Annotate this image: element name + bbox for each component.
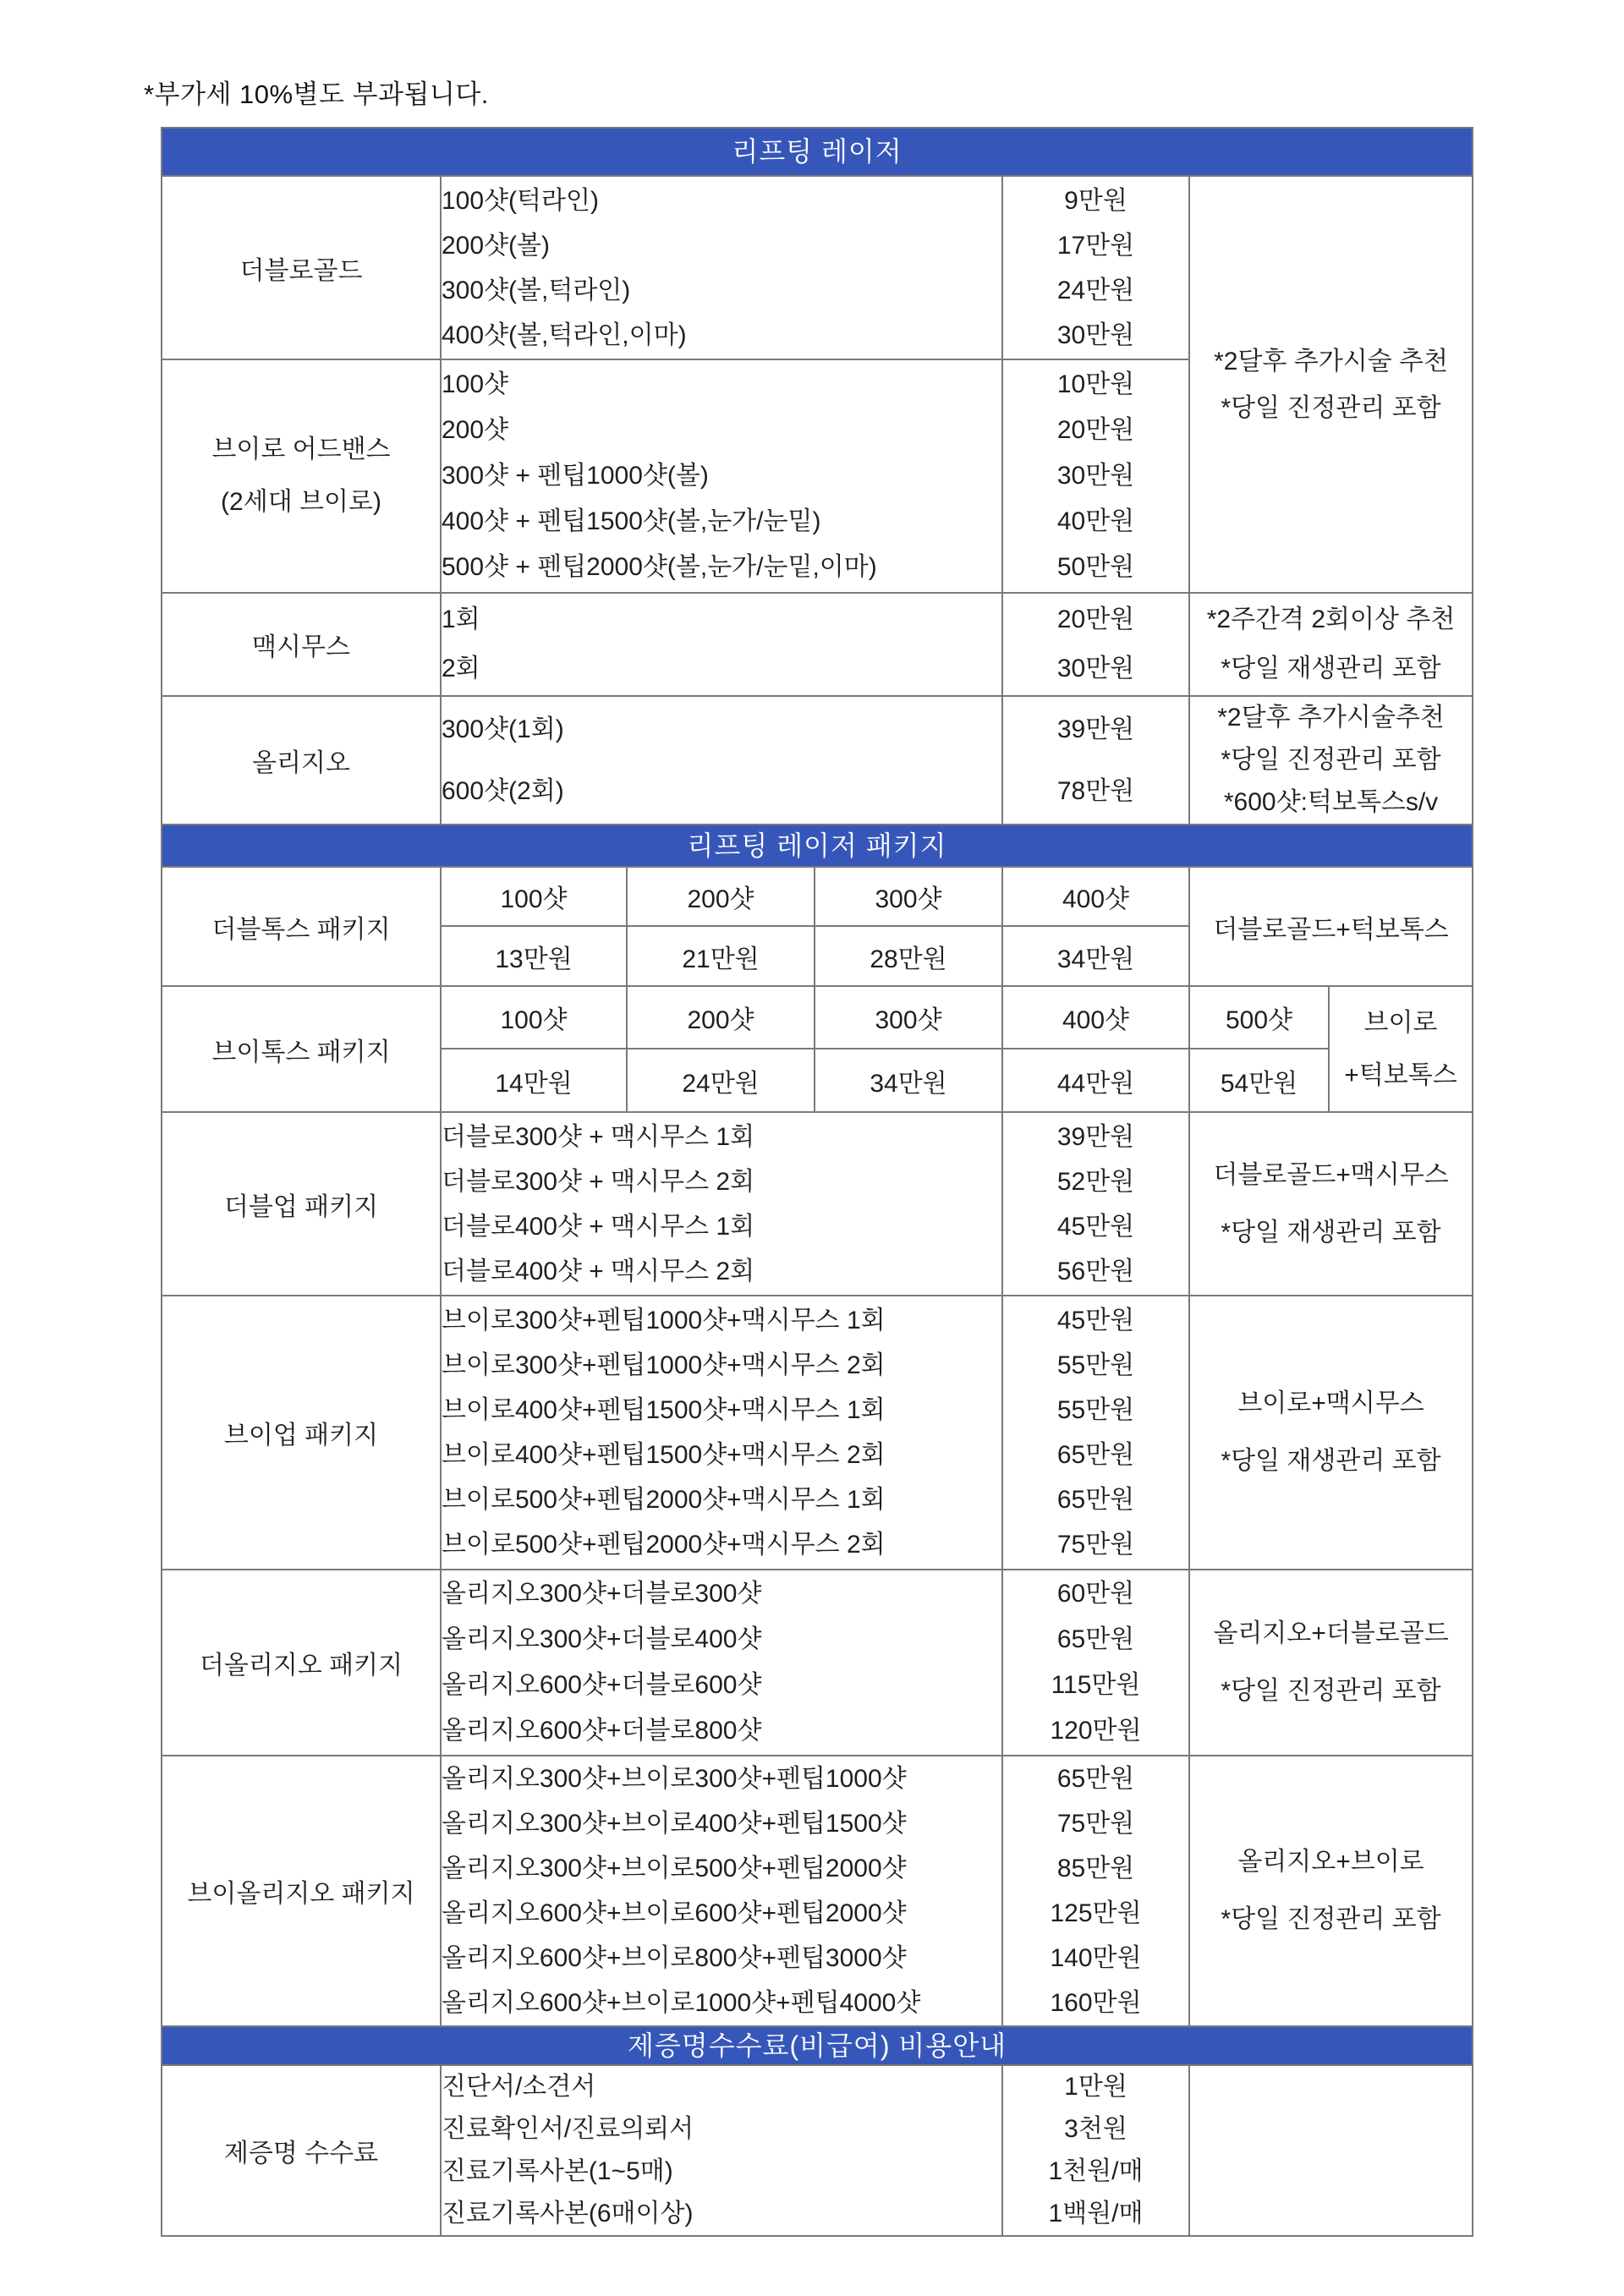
- price-value: 20만원: [1003, 408, 1188, 453]
- row-label-vup-package: 브이업 패키지: [162, 1296, 441, 1570]
- note-cell: 올리지오+더블로골드 *당일 진정관리 포함: [1189, 1570, 1473, 1756]
- shot-price: 44만원: [1002, 1049, 1189, 1112]
- note-cell: 브이로 +턱보톡스: [1329, 986, 1473, 1112]
- price-value: 1만원: [1003, 2066, 1188, 2108]
- section-header-certificate-fees: 제증명수수료(비급여) 비용안내: [162, 2026, 1473, 2065]
- price-value: 3천원: [1003, 2108, 1188, 2151]
- treatment-name: 300샷 + 펜팁1000샷(볼): [442, 453, 1001, 499]
- price-value: 30만원: [1003, 644, 1188, 693]
- price-value: 125만원: [1003, 1891, 1188, 1936]
- treatment-name: 브이로400샷+펜팁1500샷+맥시무스 2회: [442, 1433, 1001, 1477]
- note-line: 브이로+맥시무스: [1190, 1375, 1472, 1433]
- price-value: 115만원: [1003, 1663, 1188, 1708]
- treatments-cell: 올리지오300샷+브이로300샷+펜팁1000샷 올리지오300샷+브이로400…: [441, 1756, 1002, 2026]
- price-value: 140만원: [1003, 1936, 1188, 1981]
- treatments-cell: 올리지오300샷+더블로300샷 올리지오300샷+더블로400샷 올리지오60…: [441, 1570, 1002, 1756]
- note-line: *당일 재생관리 포함: [1190, 1433, 1472, 1490]
- row-label-doubleup-package: 더블업 패키지: [162, 1112, 441, 1296]
- price-value: 55만원: [1003, 1343, 1188, 1388]
- treatments-cell: 1회 2회: [441, 593, 1002, 696]
- row-label-doublo-gold: 더블로골드: [162, 176, 441, 359]
- shot-count: 300샷: [815, 867, 1002, 926]
- prices-cell: 1만원 3천원 1천원/매 1백원/매: [1002, 2065, 1189, 2236]
- price-value: 1백원/매: [1003, 2193, 1188, 2235]
- row-label-olligio: 올리지오: [162, 696, 441, 825]
- note-line: *당일 진정관리 포함: [1190, 1891, 1472, 1948]
- treatment-name: 200샷: [442, 408, 1001, 453]
- prices-cell: 39만원 78만원: [1002, 696, 1189, 825]
- note-line: *600샷:턱보톡스s/v: [1190, 781, 1472, 824]
- price-value: 78만원: [1003, 760, 1188, 822]
- treatment-name: 올리지오300샷+더블로400샷: [442, 1617, 1001, 1663]
- treatment-name: 브이로400샷+펜팁1500샷+맥시무스 1회: [442, 1388, 1001, 1433]
- treatment-name: 브이로500샷+펜팁2000샷+맥시무스 1회: [442, 1477, 1001, 1522]
- price-value: 52만원: [1003, 1159, 1188, 1204]
- treatments-cell: 100샷(턱라인) 200샷(볼) 300샷(볼,턱라인) 400샷(볼,턱라인…: [441, 176, 1002, 359]
- price-value: 65만원: [1003, 1433, 1188, 1477]
- section-header-lifting-laser-package: 리프팅 레이저 패키지: [162, 825, 1473, 867]
- price-value: 50만원: [1003, 545, 1188, 590]
- prices-cell: 45만원 55만원 55만원 65만원 65만원 75만원: [1002, 1296, 1189, 1570]
- shot-price: 13만원: [441, 926, 627, 986]
- treatments-cell: 300샷(1회) 600샷(2회): [441, 696, 1002, 825]
- price-value: 20만원: [1003, 595, 1188, 644]
- note-cell: *2주간격 2회이상 추천 *당일 재생관리 포함: [1189, 593, 1473, 696]
- shot-price: 34만원: [1002, 926, 1189, 986]
- price-value: 65만원: [1003, 1617, 1188, 1663]
- row-label-maximus: 맥시무스: [162, 593, 441, 696]
- prices-cell: 39만원 52만원 45만원 56만원: [1002, 1112, 1189, 1296]
- price-value: 55만원: [1003, 1388, 1188, 1433]
- shot-price: 34만원: [815, 1049, 1002, 1112]
- note-line: *당일 재생관리 포함: [1190, 1204, 1472, 1262]
- price-value: 65만원: [1003, 1477, 1188, 1522]
- note-line: 브이로: [1330, 997, 1472, 1049]
- vat-note: *부가세 10%별도 부과됩니다.: [144, 73, 489, 111]
- shot-price: 28만원: [815, 926, 1002, 986]
- price-value: 39만원: [1003, 1115, 1188, 1159]
- price-value: 39만원: [1003, 699, 1188, 760]
- row-label-line: 브이로 어드밴스: [162, 424, 440, 476]
- shot-count: 400샷: [1002, 986, 1189, 1049]
- price-value: 17만원: [1003, 223, 1188, 268]
- prices-cell: 65만원 75만원 85만원 125만원 140만원 160만원: [1002, 1756, 1189, 2026]
- certificate-name: 진료확인서/진료의뢰서: [442, 2108, 1001, 2151]
- note-cell: 브이로+맥시무스 *당일 재생관리 포함: [1189, 1296, 1473, 1570]
- price-sheet-page: *부가세 10%별도 부과됩니다. 리프팅 레이저 더블로골드 100샷(턱라인…: [0, 0, 1624, 2296]
- certificate-name: 진료기록사본(1~5매): [442, 2151, 1001, 2193]
- treatment-name: 1회: [442, 595, 1001, 644]
- certificate-name: 진료기록사본(6매이상): [442, 2193, 1001, 2235]
- treatment-name: 올리지오600샷+더블로800샷: [442, 1708, 1001, 1754]
- note-line: *당일 진정관리 포함: [1190, 385, 1472, 431]
- treatment-name: 100샷(턱라인): [442, 178, 1001, 223]
- note-line: *당일 재생관리 포함: [1190, 644, 1472, 693]
- treatment-name: 올리지오600샷+더블로600샷: [442, 1663, 1001, 1708]
- price-value: 45만원: [1003, 1204, 1188, 1249]
- shot-price: 24만원: [627, 1049, 815, 1112]
- row-label-theolligio-package: 더올리지오 패키지: [162, 1570, 441, 1756]
- treatment-name: 브이로300샷+펜팁1000샷+맥시무스 1회: [442, 1298, 1001, 1343]
- price-value: 9만원: [1003, 178, 1188, 223]
- treatment-name: 올리지오300샷+더블로300샷: [442, 1571, 1001, 1617]
- treatment-name: 브이로500샷+펜팁2000샷+맥시무스 2회: [442, 1522, 1001, 1567]
- treatment-name: 올리지오600샷+브이로600샷+펜팁2000샷: [442, 1891, 1001, 1936]
- treatment-name: 더블로300샷 + 맥시무스 2회: [442, 1159, 1001, 1204]
- note-line: +턱보톡스: [1330, 1049, 1472, 1102]
- treatments-cell: 브이로300샷+펜팁1000샷+맥시무스 1회 브이로300샷+펜팁1000샷+…: [441, 1296, 1002, 1570]
- note-cell: 더블로골드+턱보톡스: [1189, 867, 1473, 986]
- treatments-cell: 진단서/소견서 진료확인서/진료의뢰서 진료기록사본(1~5매) 진료기록사본(…: [441, 2065, 1002, 2236]
- shot-count: 100샷: [441, 986, 627, 1049]
- treatment-name: 300샷(볼,턱라인): [442, 268, 1001, 313]
- note-cell-empty: [1189, 2065, 1473, 2236]
- note-cell: 올리지오+브이로 *당일 진정관리 포함: [1189, 1756, 1473, 2026]
- shot-price: 14만원: [441, 1049, 627, 1112]
- treatment-name: 500샷 + 펜팁2000샷(볼,눈가/눈밑,이마): [442, 545, 1001, 590]
- price-value: 45만원: [1003, 1298, 1188, 1343]
- prices-cell: 10만원 20만원 30만원 40만원 50만원: [1002, 359, 1189, 593]
- price-value: 60만원: [1003, 1571, 1188, 1617]
- price-value: 40만원: [1003, 499, 1188, 545]
- note-line: 올리지오+더블로골드: [1190, 1605, 1472, 1663]
- price-value: 1천원/매: [1003, 2151, 1188, 2193]
- price-value: 10만원: [1003, 362, 1188, 408]
- treatment-name: 400샷(볼,턱라인,이마): [442, 313, 1001, 358]
- shot-count: 500샷: [1189, 986, 1329, 1049]
- treatment-name: 100샷: [442, 362, 1001, 408]
- note-line: *2달후 추가시술 추천: [1190, 338, 1472, 385]
- price-value: 75만원: [1003, 1801, 1188, 1846]
- row-label-certificate-fees: 제증명 수수료: [162, 2065, 441, 2236]
- note-line: 올리지오+브이로: [1190, 1833, 1472, 1891]
- treatment-name: 더블로400샷 + 맥시무스 2회: [442, 1249, 1001, 1294]
- treatment-name: 2회: [442, 644, 1001, 693]
- treatment-name: 더블로400샷 + 맥시무스 1회: [442, 1204, 1001, 1249]
- shot-price: 21만원: [627, 926, 815, 986]
- treatment-name: 올리지오300샷+브이로500샷+펜팁2000샷: [442, 1846, 1001, 1891]
- prices-cell: 9만원 17만원 24만원 30만원: [1002, 176, 1189, 359]
- treatments-cell: 더블로300샷 + 맥시무스 1회 더블로300샷 + 맥시무스 2회 더블로4…: [441, 1112, 1002, 1296]
- price-value: 65만원: [1003, 1756, 1188, 1801]
- price-value: 24만원: [1003, 268, 1188, 313]
- price-value: 75만원: [1003, 1522, 1188, 1567]
- shot-price: 54만원: [1189, 1049, 1329, 1112]
- shot-count: 300샷: [815, 986, 1002, 1049]
- row-label-line: (2세대 브이로): [162, 476, 440, 529]
- price-value: 30만원: [1003, 313, 1188, 358]
- treatment-name: 300샷(1회): [442, 699, 1001, 760]
- treatment-name: 더블로300샷 + 맥시무스 1회: [442, 1115, 1001, 1159]
- note-line: *당일 진정관리 포함: [1190, 1663, 1472, 1720]
- prices-cell: 60만원 65만원 115만원 120만원: [1002, 1570, 1189, 1756]
- treatment-name: 600샷(2회): [442, 760, 1001, 822]
- certificate-name: 진단서/소견서: [442, 2066, 1001, 2108]
- section-header-lifting-laser: 리프팅 레이저: [162, 128, 1473, 176]
- row-label-vro-advance: 브이로 어드밴스 (2세대 브이로): [162, 359, 441, 593]
- shared-note-cell: *2달후 추가시술 추천 *당일 진정관리 포함: [1189, 176, 1473, 593]
- treatment-name: 200샷(볼): [442, 223, 1001, 268]
- treatment-name: 올리지오600샷+브이로800샷+펜팁3000샷: [442, 1936, 1001, 1981]
- shot-count: 200샷: [627, 867, 815, 926]
- shot-count: 200샷: [627, 986, 815, 1049]
- note-line: 더블로골드+맥시무스: [1190, 1147, 1472, 1204]
- price-value: 30만원: [1003, 453, 1188, 499]
- note-cell: 더블로골드+맥시무스 *당일 재생관리 포함: [1189, 1112, 1473, 1296]
- price-value: 120만원: [1003, 1708, 1188, 1754]
- note-cell: *2달후 추가시술추천 *당일 진정관리 포함 *600샷:턱보톡스s/v: [1189, 696, 1473, 825]
- row-label-vtox-package: 브이톡스 패키지: [162, 986, 441, 1112]
- treatment-name: 올리지오300샷+브이로300샷+펜팁1000샷: [442, 1756, 1001, 1801]
- treatment-name: 400샷 + 펜팁1500샷(볼,눈가/눈밑): [442, 499, 1001, 545]
- price-value: 85만원: [1003, 1846, 1188, 1891]
- treatment-name: 올리지오600샷+브이로1000샷+펜팁4000샷: [442, 1981, 1001, 2025]
- note-line: *2달후 추가시술추천: [1190, 697, 1472, 739]
- shot-count: 100샷: [441, 867, 627, 926]
- note-line: *2주간격 2회이상 추천: [1190, 595, 1472, 644]
- note-line: *당일 진정관리 포함: [1190, 739, 1472, 781]
- treatment-name: 브이로300샷+펜팁1000샷+맥시무스 2회: [442, 1343, 1001, 1388]
- shot-count: 400샷: [1002, 867, 1189, 926]
- row-label-volligio-package: 브이올리지오 패키지: [162, 1756, 441, 2026]
- prices-cell: 20만원 30만원: [1002, 593, 1189, 696]
- price-table: 리프팅 레이저 더블로골드 100샷(턱라인) 200샷(볼) 300샷(볼,턱…: [161, 127, 1473, 2237]
- price-value: 56만원: [1003, 1249, 1188, 1294]
- treatment-name: 올리지오300샷+브이로400샷+펜팁1500샷: [442, 1801, 1001, 1846]
- row-label-doubletox-package: 더블톡스 패키지: [162, 867, 441, 986]
- price-value: 160만원: [1003, 1981, 1188, 2025]
- treatments-cell: 100샷 200샷 300샷 + 펜팁1000샷(볼) 400샷 + 펜팁150…: [441, 359, 1002, 593]
